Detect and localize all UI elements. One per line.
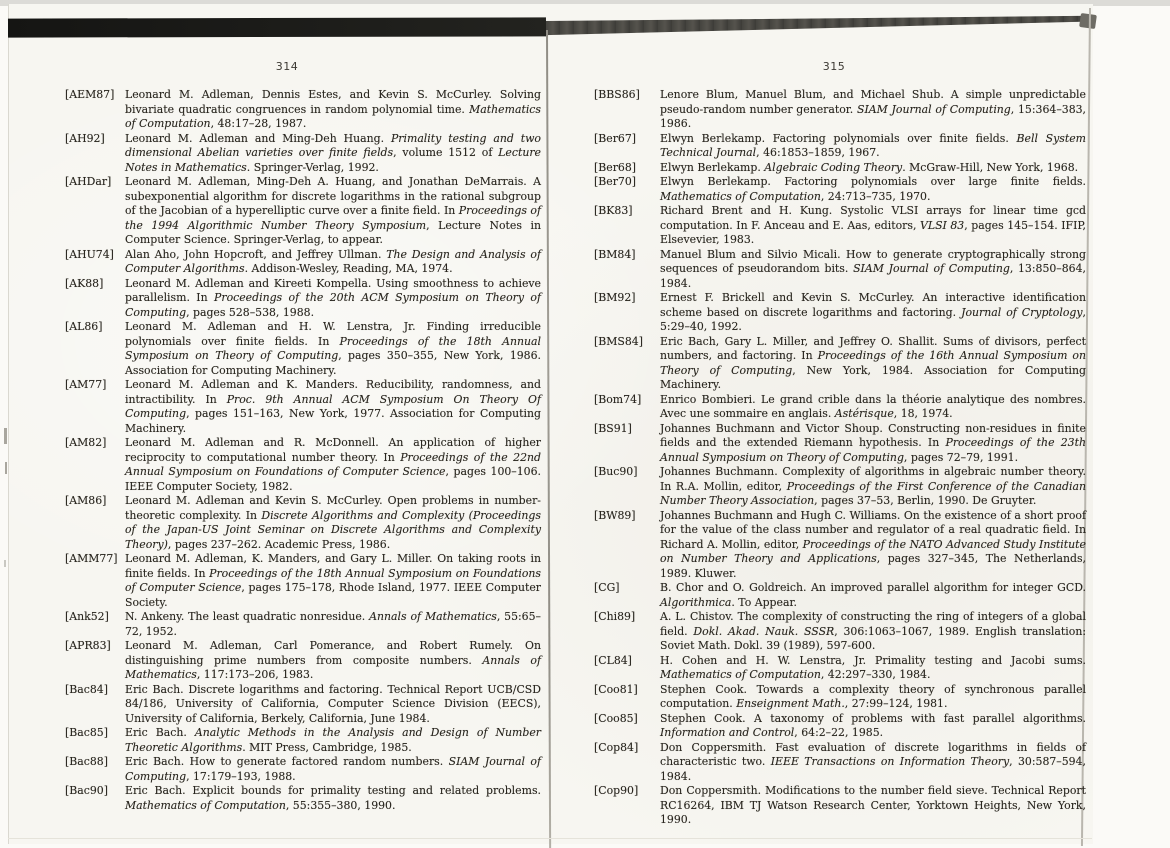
reference-title-italic: Mathematics of Computation [125, 799, 286, 812]
reference-title-italic: IEEE Transactions on Information Theory [771, 755, 1009, 768]
reference-text: Elwyn Berlekamp. Algebraic Coding Theory… [660, 161, 1078, 174]
reference-title-italic: Proceedings of the 23th Annual Symposium… [660, 436, 1086, 464]
reference-text: Elwyn Berlekamp. Factoring polynomials o… [660, 132, 1086, 160]
reference-text: Don Coppersmith. Modifications to the nu… [660, 784, 1086, 826]
reference-entry: [Coo81]Stephen Cook. Towards a complexit… [594, 683, 1086, 712]
reference-title-italic: Enseignment Math. [736, 697, 845, 710]
reference-text: Leonard M. Adleman, Ming-Deh A. Huang, a… [125, 175, 541, 246]
reference-text: Leonard M. Adleman and Kireeti Kompella.… [125, 277, 541, 319]
reference-entry: [BM92]Ernest F. Brickell and Kevin S. Mc… [594, 291, 1086, 335]
reference-entry: [Cop84]Don Coppersmith. Fast evaluation … [594, 741, 1086, 785]
reference-text: Stephen Cook. A taxonomy of problems wit… [660, 712, 1086, 740]
reference-entry: [Bac90]Eric Bach. Explicit bounds for pr… [65, 784, 541, 813]
reference-title-italic: Proceedings of the 22nd Annual Symposium… [125, 451, 541, 479]
reference-title-italic: Mathematics of Computation [125, 103, 541, 131]
reference-entry: [AHDar]Leonard M. Adleman, Ming-Deh A. H… [65, 175, 541, 248]
reference-title-italic: Proc. 9th Annual ACM Symposium On Theory… [125, 393, 541, 421]
reference-key: [Chi89] [594, 610, 635, 625]
reference-text: Eric Bach. Discrete logarithms and facto… [125, 683, 541, 725]
reference-key: [BBS86] [594, 88, 640, 103]
reference-entry: [BK83]Richard Brent and H. Kung. Systoli… [594, 204, 1086, 248]
reference-key: [AM86] [65, 494, 106, 509]
scan-noise-mark [4, 560, 6, 567]
reference-key: [Ber67] [594, 132, 636, 147]
reference-title-italic: Algebraic Coding Theory [764, 161, 902, 174]
reference-key: [Cop84] [594, 741, 638, 756]
reference-text: Leonard M. Adleman and H. W. Lenstra, Jr… [125, 320, 541, 377]
reference-list-left: [AEM87]Leonard M. Adleman, Dennis Estes,… [65, 88, 541, 813]
reference-entry: [Bac85]Eric Bach. Analytic Methods in th… [65, 726, 541, 755]
reference-text: Eric Bach. How to generate factored rand… [125, 755, 541, 783]
reference-entry: [AMM77]Leonard M. Adleman, K. Manders, a… [65, 552, 541, 610]
reference-entry: [AM77]Leonard M. Adleman and K. Manders.… [65, 378, 541, 436]
reference-key: [AEM87] [65, 88, 114, 103]
reference-key: [BW89] [594, 509, 636, 524]
scan-noise-mark [4, 428, 7, 444]
reference-entry: [CG]B. Chor and O. Goldreich. An improve… [594, 581, 1086, 610]
reference-text: Eric Bach, Gary L. Miller, and Jeffrey O… [660, 335, 1086, 392]
reference-entry: [Bom74]Enrico Bombieri. Le grand crible … [594, 393, 1086, 422]
reference-text: A. L. Chistov. The complexity of constru… [660, 610, 1086, 652]
reference-text: Manuel Blum and Silvio Micali. How to ge… [660, 248, 1086, 290]
reference-text: N. Ankeny. The least quadratic nonresidu… [125, 610, 541, 638]
reference-entry: [AL86]Leonard M. Adleman and H. W. Lenst… [65, 320, 541, 378]
reference-text: Leonard M. Adleman, Carl Pomerance, and … [125, 639, 541, 681]
reference-entry: [BBS86]Lenore Blum, Manuel Blum, and Mic… [594, 88, 1086, 132]
reference-key: [BM92] [594, 291, 636, 306]
reference-entry: [BW89]Johannes Buchmann and Hugh C. Will… [594, 509, 1086, 582]
reference-entry: [Ank52]N. Ankeny. The least quadratic no… [65, 610, 541, 639]
reference-key: [Cop90] [594, 784, 638, 799]
reference-key: [AL86] [65, 320, 102, 335]
reference-text: Stephen Cook. Towards a complexity theor… [660, 683, 1086, 711]
reference-entry: [Ber70]Elwyn Berlekamp. Factoring polyno… [594, 175, 1086, 204]
reference-key: [APR83] [65, 639, 111, 654]
reference-key: [Bom74] [594, 393, 641, 408]
reference-title-italic: Analytic Methods in the Analysis and Des… [125, 726, 541, 754]
reference-text: Ernest F. Brickell and Kevin S. McCurley… [660, 291, 1086, 333]
reference-title-italic: Proceedings of the 1994 Algorithmic Numb… [125, 204, 541, 232]
reference-text: B. Chor and O. Goldreich. An improved pa… [660, 581, 1086, 609]
reference-text: Elwyn Berlekamp. Factoring polynomials o… [660, 175, 1086, 203]
reference-text: Eric Bach. Analytic Methods in the Analy… [125, 726, 541, 754]
book-scan: 314 315 [AEM87]Leonard M. Adleman, Denni… [0, 0, 1170, 848]
reference-text: Richard Brent and H. Kung. Systolic VLSI… [660, 204, 1086, 246]
reference-entry: [AHU74]Alan Aho, John Hopcroft, and Jeff… [65, 248, 541, 277]
reference-key: [Ber68] [594, 161, 636, 176]
reference-key: [Ber70] [594, 175, 636, 190]
scan-artifact-band-left [8, 17, 546, 37]
reference-text: Leonard M. Adleman and Ming-Deh Huang. P… [125, 132, 541, 174]
reference-key: [BK83] [594, 204, 633, 219]
reference-title-italic: Bell System Technical Journal [660, 132, 1086, 160]
reference-key: [AH92] [65, 132, 105, 147]
reference-key: [BMS84] [594, 335, 643, 350]
reference-title-italic: SIAM Journal of Computing [853, 262, 1010, 275]
reference-entry: [Chi89]A. L. Chistov. The complexity of … [594, 610, 1086, 654]
reference-title-italic: Annals of Mathematics [369, 610, 497, 623]
reference-title-italic: The Design and Analysis of Computer Algo… [125, 248, 541, 276]
reference-text: Leonard M. Adleman, Dennis Estes, and Ke… [125, 88, 541, 130]
reference-title-italic: Information and Control [660, 726, 794, 739]
reference-title-italic: Annals of Mathematics [125, 654, 541, 682]
reference-key: [AM82] [65, 436, 106, 451]
reference-text: Lenore Blum, Manuel Blum, and Michael Sh… [660, 88, 1086, 130]
reference-key: [BS91] [594, 422, 632, 437]
reference-title-italic: Proceedings of the 20th ACM Symposium on… [125, 291, 541, 319]
reference-text: Johannes Buchmann and Victor Shoup. Cons… [660, 422, 1086, 464]
reference-title-italic: Discrete Algorithms and Complexity (Proc… [125, 509, 541, 551]
reference-title-italic: SIAM Journal of Computing [857, 103, 1011, 116]
reference-list-right: [BBS86]Lenore Blum, Manuel Blum, and Mic… [594, 88, 1086, 828]
page-number-right: 315 [586, 60, 1082, 76]
reference-title-italic: VLSI 83 [920, 219, 964, 232]
reference-key: [AHDar] [65, 175, 111, 190]
reference-text: Johannes Buchmann and Hugh C. Williams. … [660, 509, 1086, 580]
reference-title-italic: Astérisque [835, 407, 894, 420]
reference-title-italic: Proceedings of the 18th Annual Symposium… [125, 567, 541, 595]
reference-key: [Bac88] [65, 755, 108, 770]
reference-entry: [Bac88]Eric Bach. How to generate factor… [65, 755, 541, 784]
reference-text: Eric Bach. Explicit bounds for primality… [125, 784, 541, 812]
reference-entry: [APR83]Leonard M. Adleman, Carl Pomeranc… [65, 639, 541, 683]
reference-key: [CL84] [594, 654, 632, 669]
reference-entry: [BS91]Johannes Buchmann and Victor Shoup… [594, 422, 1086, 466]
reference-entry: [Cop90]Don Coppersmith. Modifications to… [594, 784, 1086, 828]
reference-title-italic: Dokl. Akad. Nauk. SSSR [693, 625, 834, 638]
reference-key: [Coo85] [594, 712, 638, 727]
reference-key: [Bac90] [65, 784, 108, 799]
reference-key: [Ank52] [65, 610, 109, 625]
reference-key: [Bac84] [65, 683, 108, 698]
reference-text: Enrico Bombieri. Le grand crible dans la… [660, 393, 1086, 421]
reference-title-italic: Journal of Cryptology [961, 306, 1082, 319]
reference-title-italic: Proceedings of the 16th Annual Symposium… [660, 349, 1086, 377]
page-bottom-edge [8, 838, 1092, 839]
reference-text: Johannes Buchmann. Complexity of algorit… [660, 465, 1086, 507]
reference-title-italic: SIAM Journal of Computing [125, 755, 541, 783]
reference-key: [BM84] [594, 248, 636, 263]
reference-title-italic: Mathematics of Computation [660, 668, 821, 681]
scan-noise-mark [5, 462, 7, 474]
reference-key: [Bac85] [65, 726, 108, 741]
reference-entry: [AM86]Leonard M. Adleman and Kevin S. Mc… [65, 494, 541, 552]
reference-entry: [AH92]Leonard M. Adleman and Ming-Deh Hu… [65, 132, 541, 176]
reference-title-italic: Mathematics of Computation [660, 190, 821, 203]
reference-entry: [AEM87]Leonard M. Adleman, Dennis Estes,… [65, 88, 541, 132]
reference-key: [Coo81] [594, 683, 638, 698]
reference-text: Leonard M. Adleman, K. Manders, and Gary… [125, 552, 541, 609]
reference-title-italic: Primality testing and two dimensional Ab… [125, 132, 541, 160]
reference-key: [AM77] [65, 378, 106, 393]
reference-key: [AHU74] [65, 248, 114, 263]
reference-text: Leonard M. Adleman and Kevin S. McCurley… [125, 494, 541, 551]
reference-title-italic: Algorithmica [660, 596, 731, 609]
page-number-left: 314 [57, 60, 517, 76]
reference-title-italic: Proceedings of the NATO Advanced Study I… [660, 538, 1086, 566]
reference-text: Leonard M. Adleman and R. McDonnell. An … [125, 436, 541, 493]
reference-entry: [AM82]Leonard M. Adleman and R. McDonnel… [65, 436, 541, 494]
reference-entry: [Coo85]Stephen Cook. A taxonomy of probl… [594, 712, 1086, 741]
reference-entry: [AK88]Leonard M. Adleman and Kireeti Kom… [65, 277, 541, 321]
reference-entry: [Ber67]Elwyn Berlekamp. Factoring polyno… [594, 132, 1086, 161]
reference-text: Alan Aho, John Hopcroft, and Jeffrey Ull… [125, 248, 541, 276]
reference-text: H. Cohen and H. W. Lenstra, Jr. Primalit… [660, 654, 1086, 682]
reference-title-italic: Proceedings of the 18th Annual Symposium… [125, 335, 541, 363]
reference-entry: [Bac84]Eric Bach. Discrete logarithms an… [65, 683, 541, 727]
reference-entry: [CL84]H. Cohen and H. W. Lenstra, Jr. Pr… [594, 654, 1086, 683]
reference-key: [Buc90] [594, 465, 637, 480]
reference-entry: [BM84]Manuel Blum and Silvio Micali. How… [594, 248, 1086, 292]
reference-entry: [BMS84]Eric Bach, Gary L. Miller, and Je… [594, 335, 1086, 393]
reference-key: [AK88] [65, 277, 103, 292]
reference-key: [AMM77] [65, 552, 118, 567]
reference-key: [CG] [594, 581, 620, 596]
reference-title-italic: Proceedings of the First Conference of t… [660, 480, 1086, 508]
reference-text: Don Coppersmith. Fast evaluation of disc… [660, 741, 1086, 783]
reference-entry: [Buc90]Johannes Buchmann. Complexity of … [594, 465, 1086, 509]
reference-text: Leonard M. Adleman and K. Manders. Reduc… [125, 378, 541, 435]
reference-entry: [Ber68]Elwyn Berlekamp. Algebraic Coding… [594, 161, 1086, 176]
